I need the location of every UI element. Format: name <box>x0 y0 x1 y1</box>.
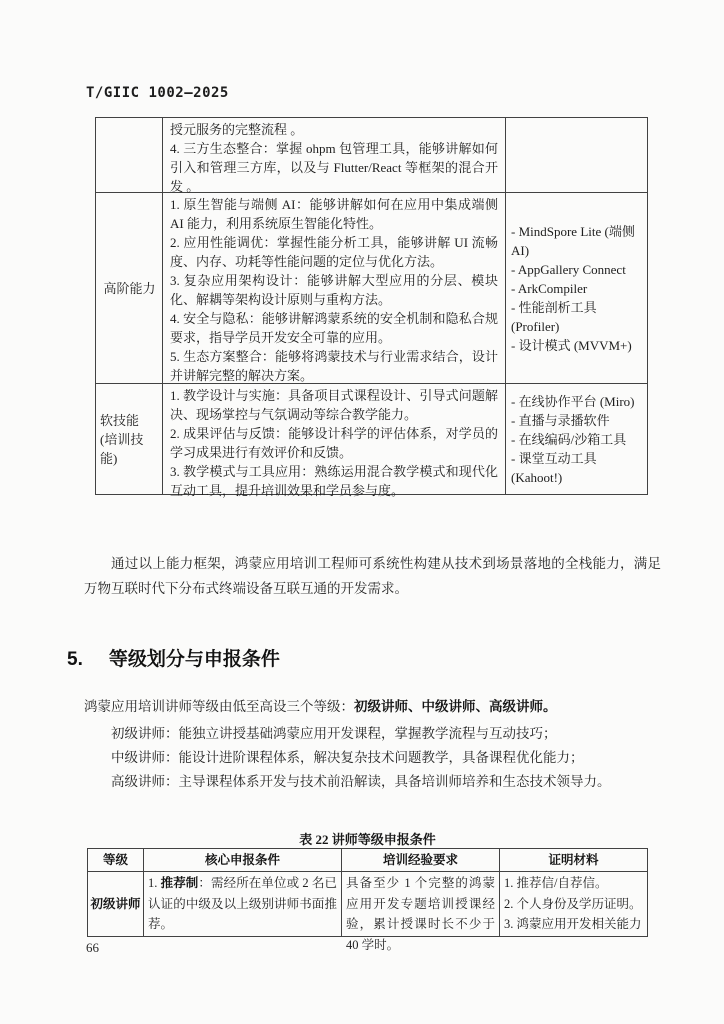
table-row-junior-lecturer: 初级讲师 1. 推荐制：需经所在单位或 2 名已认证的中级及以上级别讲师书面推荐… <box>88 872 647 936</box>
tool-item: - AppGallery Connect <box>511 260 642 279</box>
content-line: 1. 教学设计与实施：具备项目式课程设计、引导式问题解决、现场掌控与气氛调动等综… <box>170 386 498 424</box>
core-conditions-cell: 1. 推荐制：需经所在单位或 2 名已认证的中级及以上级别讲师书面推荐。 <box>144 872 342 936</box>
content-line: 4. 安全与隐私：能够讲解鸿蒙系统的安全机制和隐私合规要求，指导学员开发安全可靠… <box>170 309 498 347</box>
tool-item: - 设计模式 (MVVM+) <box>511 336 642 355</box>
section-number: 5. <box>67 649 83 670</box>
capability-tools-cell: - MindSpore Lite (端侧 AI) - AppGallery Co… <box>506 193 647 383</box>
level-line-senior: 高级讲师：主导课程体系开发与技术前沿解读，具备培训师培养和生态技术领导力。 <box>84 770 664 794</box>
capability-content-cell: 授元服务的完整流程 。 4. 三方生态整合：掌握 ohpm 包管理工具，能够讲解… <box>163 118 506 192</box>
tool-item: - 在线编码/沙箱工具 <box>511 430 642 449</box>
section-heading: 5.等级划分与申报条件 <box>67 644 280 671</box>
row-label: 能) <box>100 449 159 468</box>
table-caption: 表 22 讲师等级申报条件 <box>87 829 648 848</box>
content-line: 2. 应用性能调优：掌握性能分析工具，能够讲解 UI 流畅度、内存、功耗等性能问… <box>170 233 498 271</box>
content-line: 1. 原生智能与端侧 AI：能够讲解如何在应用中集成端侧 AI 能力，利用系统原… <box>170 195 498 233</box>
table-row-continuation: 授元服务的完整流程 。 4. 三方生态整合：掌握 ohpm 包管理工具，能够讲解… <box>96 118 647 193</box>
document-page: { "page": { "header": "T/GIIC 1002—2025"… <box>0 0 724 1024</box>
tool-item: - 性能剖析工具 (Profiler) <box>511 298 642 336</box>
tool-item: - 课堂互动工具 (Kahoot!) <box>511 449 642 487</box>
content-line: 3. 复杂应用架构设计：能够讲解大型应用的分层、模块化、解耦等架构设计原则与重构… <box>170 271 498 309</box>
level-cell: 初级讲师 <box>88 872 144 936</box>
capability-content-cell: 1. 教学设计与实施：具备项目式课程设计、引导式问题解决、现场掌控与气氛调动等综… <box>163 384 506 494</box>
table-row-soft-skills: 软技能 (培训技 能) 1. 教学设计与实施：具备项目式课程设计、引导式问题解决… <box>96 384 647 494</box>
tool-item: - MindSpore Lite (端侧 AI) <box>511 222 642 260</box>
row-label: 软技能 <box>100 411 159 430</box>
training-experience-cell: 具备至少 1 个完整的鸿蒙应用开发专题培训授课经验，累计授课时长不少于 40 学… <box>342 872 500 936</box>
levels-intro-bold: 初级讲师、中级讲师、高级讲师。 <box>354 699 557 714</box>
level-line-intermediate: 中级讲师：能设计进阶课程体系，解决复杂技术问题教学，具备课程优化能力； <box>84 746 664 770</box>
capability-label-cell: 软技能 (培训技 能) <box>96 384 163 494</box>
header-level: 等级 <box>88 849 144 871</box>
header-training-experience: 培训经验要求 <box>342 849 500 871</box>
material-item: 3. 鸿蒙应用开发相关能力 <box>504 914 643 935</box>
table-row-advanced-skills: 高阶能力 1. 原生智能与端侧 AI：能够讲解如何在应用中集成端侧 AI 能力，… <box>96 193 647 384</box>
content-line: 4. 三方生态整合：掌握 ohpm 包管理工具，能够讲解如何引入和管理三方库，以… <box>170 139 498 196</box>
header-core-conditions: 核心申报条件 <box>144 849 342 871</box>
capability-content-cell: 1. 原生智能与端侧 AI：能够讲解如何在应用中集成端侧 AI 能力，利用系统原… <box>163 193 506 383</box>
content-line: 3. 教学模式与工具应用：熟练运用混合教学模式和现代化互动工具，提升培训效果和学… <box>170 462 498 500</box>
content-line: 授元服务的完整流程 。 <box>170 120 498 139</box>
level-definitions: 初级讲师：能独立讲授基础鸿蒙应用开发课程，掌握教学流程与互动技巧； 中级讲师：能… <box>84 722 664 794</box>
condition-keyword: 推荐制 <box>161 876 199 890</box>
capability-tools-cell <box>506 118 647 192</box>
page-number: 66 <box>86 940 99 956</box>
proof-materials-cell: 1. 推荐信/自荐信。 2. 个人身份及学历证明。 3. 鸿蒙应用开发相关能力 <box>500 872 647 936</box>
application-conditions-table: 等级 核心申报条件 培训经验要求 证明材料 初级讲师 1. 推荐制：需经所在单位… <box>87 848 648 937</box>
levels-intro-paragraph: 鸿蒙应用培训讲师等级由低至高设三个等级：初级讲师、中级讲师、高级讲师。 <box>84 698 664 716</box>
document-code: T/GIIC 1002—2025 <box>86 85 229 101</box>
content-line: 5. 生态方案整合：能够将鸿蒙技术与行业需求结合，设计并讲解完整的解决方案。 <box>170 347 498 385</box>
level-line-junior: 初级讲师：能独立讲授基础鸿蒙应用开发课程，掌握教学流程与互动技巧； <box>84 722 664 746</box>
material-item: 2. 个人身份及学历证明。 <box>504 894 643 915</box>
material-item: 1. 推荐信/自荐信。 <box>504 873 643 894</box>
tool-item: - ArkCompiler <box>511 279 642 298</box>
capability-label-cell: 高阶能力 <box>96 193 163 383</box>
tool-item: - 在线协作平台 (Miro) <box>511 392 642 411</box>
table-header-row: 等级 核心申报条件 培训经验要求 证明材料 <box>88 849 647 872</box>
row-label: (培训技 <box>100 430 159 449</box>
capability-requirements-table: 授元服务的完整流程 。 4. 三方生态整合：掌握 ohpm 包管理工具，能够讲解… <box>95 117 648 495</box>
content-line: 2. 成果评估与反馈：能够设计科学的评估体系，对学员的学习成果进行有效评价和反馈… <box>170 424 498 462</box>
condition-number: 1. <box>148 876 161 890</box>
section-title: 等级划分与申报条件 <box>109 649 280 670</box>
capability-label-cell <box>96 118 163 192</box>
capability-tools-cell: - 在线协作平台 (Miro) - 直播与录播软件 - 在线编码/沙箱工具 - … <box>506 384 647 494</box>
row-label: 高阶能力 <box>103 279 155 298</box>
summary-paragraph: 通过以上能力框架，鸿蒙应用培训工程师可系统性构建从技术到场景落地的全栈能力，满足… <box>84 551 661 601</box>
tool-item: - 直播与录播软件 <box>511 411 642 430</box>
header-proof-materials: 证明材料 <box>500 849 647 871</box>
levels-intro-text: 鸿蒙应用培训讲师等级由低至高设三个等级： <box>84 699 354 714</box>
